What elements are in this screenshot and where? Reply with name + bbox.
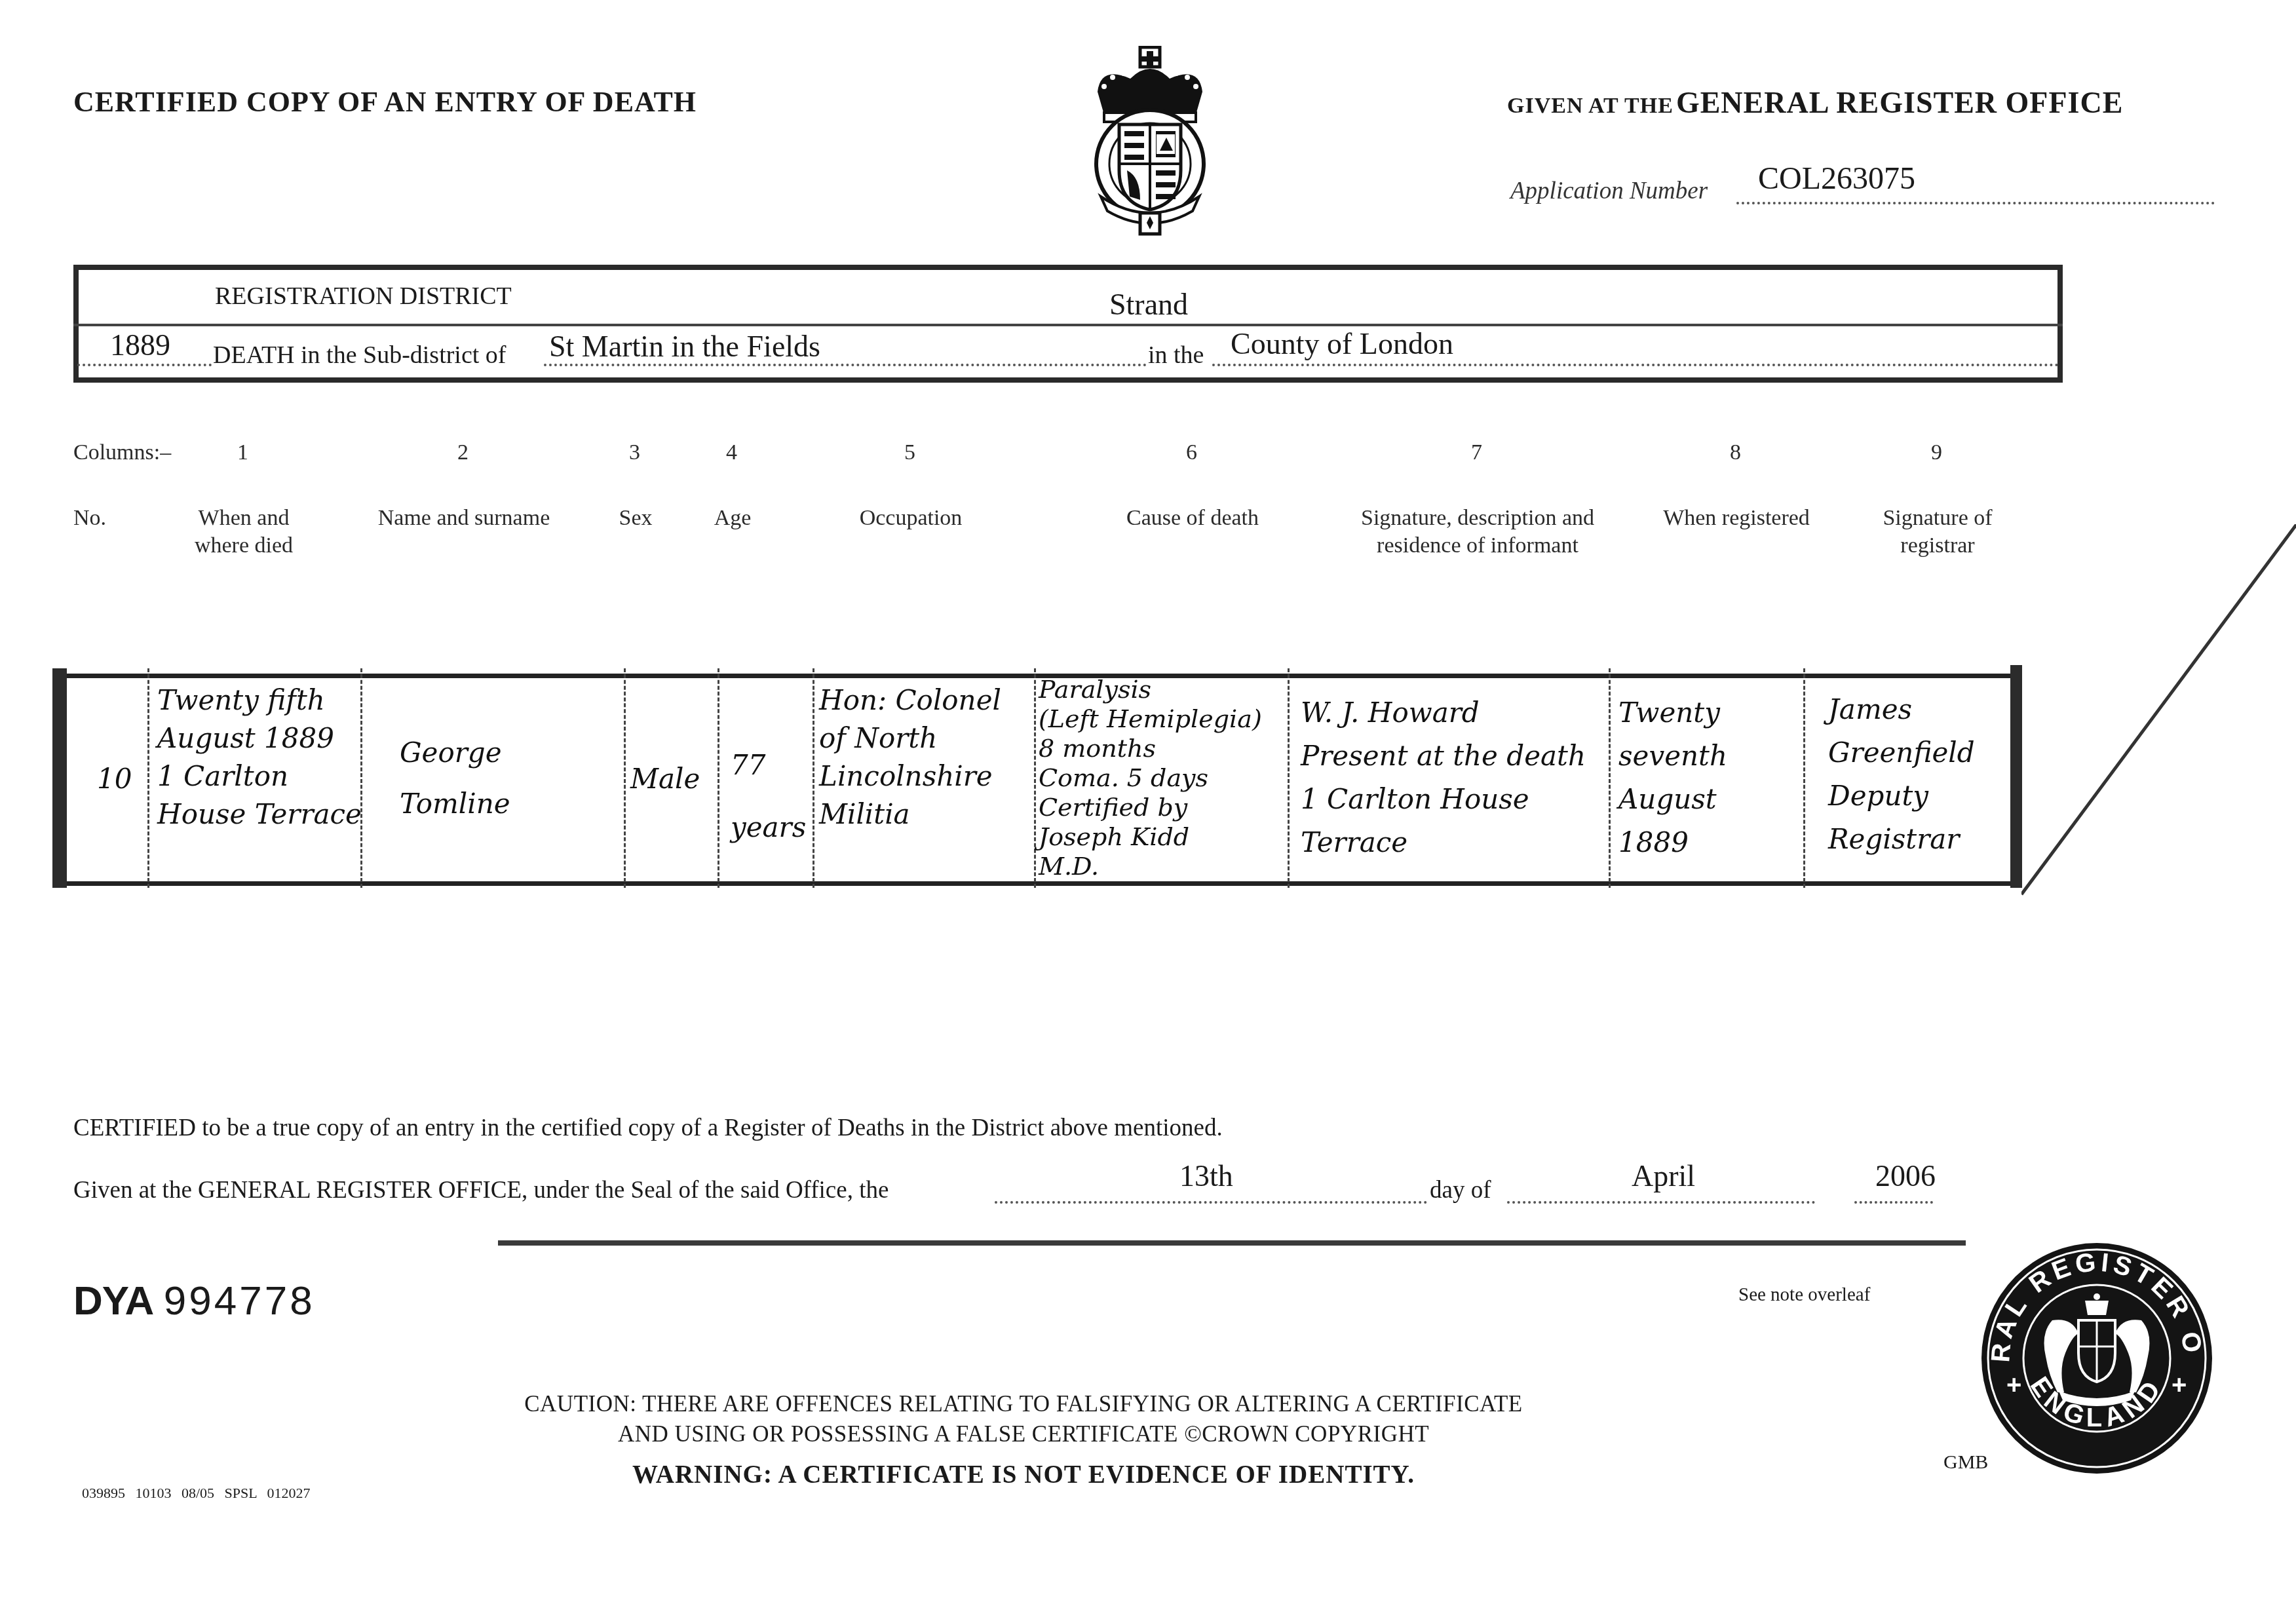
- registration-district-label: REGISTRATION DISTRICT: [215, 282, 512, 311]
- column-number: 5: [904, 440, 915, 465]
- handwritten-line: Militia: [819, 795, 1001, 833]
- column-divider: [1034, 668, 1036, 888]
- caution-line-1: CAUTION: THERE ARE OFFENCES RELATING TO …: [467, 1389, 1580, 1419]
- handwritten-line: 1 Carlton: [157, 757, 362, 795]
- column-header: Cause of death: [1117, 505, 1268, 532]
- handwritten-line: (Left Hemiplegia): [1039, 704, 1262, 734]
- day-of-label: day of: [1430, 1176, 1491, 1204]
- county-label: in the: [1148, 341, 1204, 370]
- print-code: 039895 10103 08/05 SPSL 012027: [82, 1485, 310, 1502]
- svg-text:+: +: [2006, 1371, 2021, 1400]
- entry-registrar-signature: JamesGreenfieldDeputyRegistrar: [1828, 688, 1975, 861]
- handwritten-line: James: [1828, 688, 1975, 731]
- entry-name-surname: GeorgeTomline: [400, 727, 510, 830]
- year-dotted-line: [77, 364, 212, 366]
- handwritten-line: Coma. 5 days: [1039, 763, 1262, 793]
- sub-district-value: St Martin in the Fields: [549, 329, 820, 364]
- signature-rule: [498, 1240, 1966, 1246]
- entry-cause-of-death: Paralysis(Left Hemiplegia)8 monthsComa. …: [1039, 675, 1262, 881]
- entry-sex: Male: [630, 760, 700, 798]
- handwritten-line: August: [1618, 778, 1727, 821]
- column-divider: [1609, 668, 1611, 888]
- handwritten-line: Present at the death: [1301, 735, 1586, 778]
- entry-number: 10: [97, 760, 132, 798]
- certificate-serial: DYA 994778: [73, 1278, 315, 1325]
- handwritten-line: Lincolnshire: [819, 757, 1001, 795]
- district-box-divider: [73, 324, 2063, 326]
- column-number: 1: [237, 440, 248, 465]
- registration-year: 1889: [110, 328, 170, 362]
- column-number: 7: [1471, 440, 1482, 465]
- handwritten-line: George: [400, 727, 510, 778]
- application-number-value: COL263075: [1758, 161, 1915, 197]
- column-header: Signature of registrar: [1862, 505, 2013, 560]
- handwritten-line: of North: [819, 719, 1001, 757]
- year-dotted-line: [1854, 1201, 1933, 1204]
- entry-occupation: Hon: Colonelof NorthLincolnshireMilitia: [819, 681, 1001, 833]
- issue-month: April: [1632, 1158, 1695, 1193]
- columns-label: Columns:–: [73, 440, 171, 465]
- column-number: 2: [457, 440, 469, 465]
- entry-informant: W. J. HowardPresent at the death1 Carlto…: [1301, 691, 1586, 864]
- handwritten-line: years: [731, 796, 806, 858]
- column-divider: [147, 668, 149, 888]
- handwritten-line: W. J. Howard: [1301, 691, 1586, 735]
- column-header: Age: [657, 505, 808, 532]
- handwritten-line: Deputy: [1828, 774, 1975, 818]
- entry-top-rule: [52, 674, 2021, 678]
- entry-bottom-rule: [52, 881, 2021, 886]
- handwritten-line: Tomline: [400, 778, 510, 830]
- caution-line-2: AND USING OR POSSESSING A FALSE CERTIFIC…: [467, 1419, 1580, 1449]
- month-dotted-line: [1507, 1201, 1815, 1204]
- handwritten-line: August 1889: [157, 719, 362, 757]
- handwritten-line: Joseph Kidd: [1039, 822, 1262, 852]
- day-dotted-line: [995, 1201, 1427, 1204]
- serial-number: 994778: [164, 1278, 315, 1324]
- handwritten-line: Registrar: [1828, 818, 1975, 861]
- entry-left-border: [52, 668, 67, 888]
- sub-district-dotted-line: [544, 364, 1147, 366]
- column-number: 3: [629, 440, 640, 465]
- certified-statement: CERTIFIED to be a true copy of an entry …: [73, 1114, 1223, 1142]
- caution-notice: CAUTION: THERE ARE OFFENCES RELATING TO …: [467, 1389, 1580, 1449]
- entry-when-registered: TwentyseventhAugust1889: [1618, 691, 1727, 864]
- office-heading: GIVEN AT THE GENERAL REGISTER OFFICE: [1507, 85, 2123, 120]
- column-divider: [1288, 668, 1290, 888]
- handwritten-line: seventh: [1618, 735, 1727, 778]
- handwritten-line: Hon: Colonel: [819, 681, 1001, 719]
- handwritten-line: Terrace: [1301, 821, 1586, 864]
- column-number: 6: [1186, 440, 1197, 465]
- column-divider: [717, 668, 719, 888]
- registration-district-value: Strand: [1109, 287, 1188, 322]
- column-header: Signature, description and residence of …: [1340, 505, 1615, 560]
- column-divider: [813, 668, 814, 888]
- column-number: 4: [726, 440, 737, 465]
- handwritten-line: 1889: [1618, 821, 1727, 864]
- identity-warning: WARNING: A CERTIFICATE IS NOT EVIDENCE O…: [467, 1460, 1580, 1489]
- column-header: No.: [73, 505, 132, 532]
- application-number-label: Application Number: [1510, 177, 1708, 205]
- handwritten-line: 1 Carlton House: [1301, 778, 1586, 821]
- column-header: When registered: [1661, 505, 1812, 532]
- column-header: When and where died: [168, 505, 319, 560]
- column-header: Name and surname: [359, 505, 569, 532]
- county-value: County of London: [1231, 326, 1453, 361]
- sub-district-label: DEATH in the Sub-district of: [213, 341, 507, 370]
- general-register-office-seal-icon: GENERAL REGISTER OFFICE ENGLAND + +: [1980, 1242, 2213, 1475]
- handwritten-line: 8 months: [1039, 734, 1262, 763]
- serial-prefix: DYA: [73, 1278, 153, 1324]
- handwritten-line: 77: [731, 734, 806, 796]
- office-prefix: GIVEN AT THE: [1507, 94, 1674, 118]
- county-dotted-line: [1212, 364, 2059, 366]
- handwritten-line: Twenty fifth: [157, 681, 362, 719]
- office-name: GENERAL REGISTER OFFICE: [1676, 86, 2123, 119]
- issue-day: 13th: [1179, 1158, 1233, 1193]
- cancellation-diagonal-line: [2021, 524, 2296, 901]
- issue-year: 2006: [1875, 1158, 1936, 1193]
- handwritten-line: M.D.: [1039, 852, 1262, 881]
- svg-text:+: +: [2172, 1371, 2187, 1400]
- column-divider: [1803, 668, 1805, 888]
- handwritten-line: Certified by: [1039, 793, 1262, 822]
- column-number: 8: [1730, 440, 1741, 465]
- royal-crest-icon: [1075, 46, 1225, 236]
- see-note-overleaf: See note overleaf: [1738, 1284, 1870, 1306]
- column-divider: [624, 668, 626, 888]
- handwritten-line: Greenfield: [1828, 731, 1975, 774]
- entry-when-where-died: Twenty fifthAugust 18891 CarltonHouse Te…: [157, 681, 362, 833]
- given-at-statement: Given at the GENERAL REGISTER OFFICE, un…: [73, 1176, 889, 1204]
- application-number-dotted-line: [1736, 202, 2215, 204]
- entry-age: 77years: [731, 734, 806, 858]
- entry-right-border: [2010, 665, 2022, 888]
- handwritten-line: Paralysis: [1039, 675, 1262, 704]
- handwritten-line: Twenty: [1618, 691, 1727, 735]
- handwritten-line: House Terrace: [157, 795, 362, 833]
- certificate-title: CERTIFIED COPY OF AN ENTRY OF DEATH: [73, 85, 697, 119]
- column-number: 9: [1931, 440, 1942, 465]
- column-header: Occupation: [835, 505, 986, 532]
